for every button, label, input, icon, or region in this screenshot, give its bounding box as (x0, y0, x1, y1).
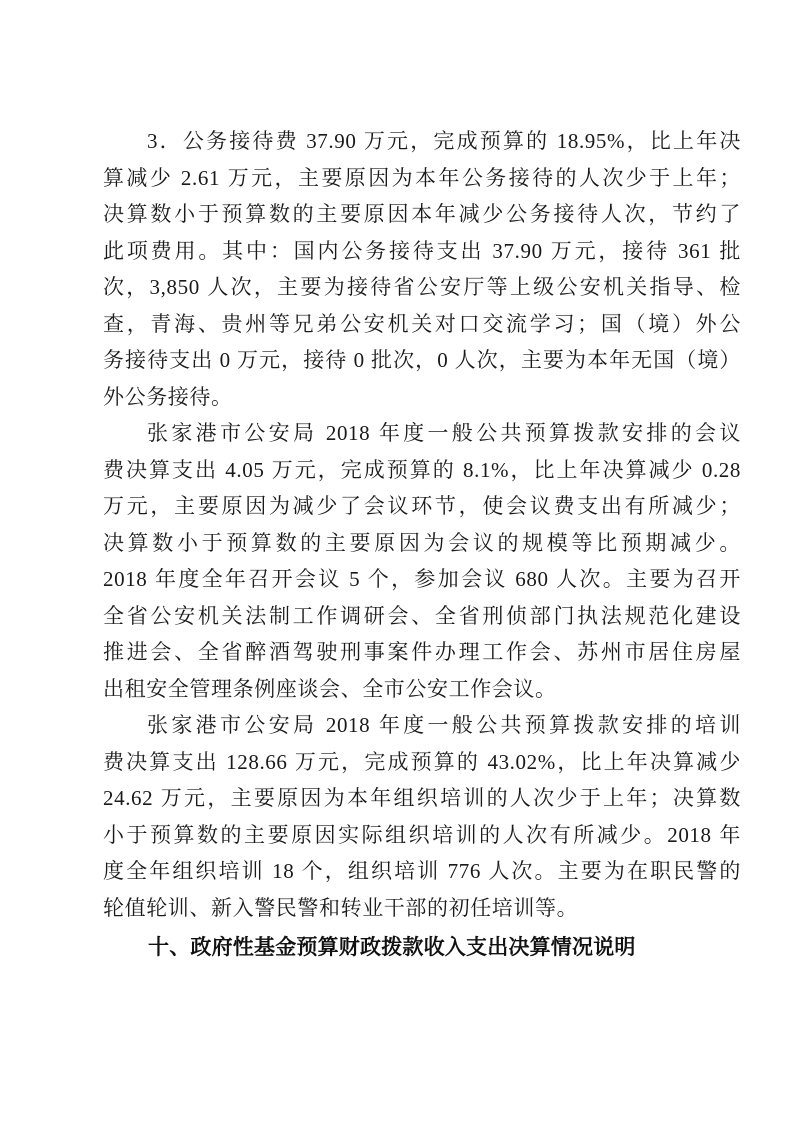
paragraph-conference-expense: 张家港市公安局 2018 年度一般公共预算拨款安排的会议 费决算支出 4.05 … (103, 415, 741, 707)
paragraph-training-expense: 张家港市公安局 2018 年度一般公共预算拨款安排的培训 费决算支出 128.6… (103, 707, 741, 926)
text-line: 24.62 万元，主要原因为本年组织培训的人次少于上年；决算数 (103, 780, 741, 817)
text-line: 查，青海、贵州等兄弟公安机关对口交流学习；国（境）外公 (103, 306, 741, 343)
text-line: 费决算支出 4.05 万元，完成预算的 8.1%，比上年决算减少 0.28 (103, 452, 741, 489)
text-line: 算减少 2.61 万元，主要原因为本年公务接待的人次少于上年； (103, 160, 741, 197)
text-line: 度全年组织培训 18 个，组织培训 776 人次。主要为在职民警的 (103, 853, 741, 890)
text-line: 2018 年度全年召开会议 5 个，参加会议 680 人次。主要为召开 (103, 561, 741, 598)
text-line: 轮值轮训、新入警民警和转业干部的初任培训等。 (103, 890, 741, 927)
document-page: 3．公务接待费 37.90 万元，完成预算的 18.95%，比上年决 算减少 2… (0, 0, 793, 1122)
text-line: 张家港市公安局 2018 年度一般公共预算拨款安排的培训 (103, 707, 741, 744)
text-line: 3．公务接待费 37.90 万元，完成预算的 18.95%，比上年决 (103, 123, 741, 160)
text-line: 费决算支出 128.66 万元，完成预算的 43.02%，比上年决算减少 (103, 744, 741, 781)
text-line: 决算数小于预算数的主要原因为会议的规模等比预期减少。 (103, 525, 741, 562)
text-line: 此项费用。其中：国内公务接待支出 37.90 万元，接待 361 批 (103, 233, 741, 270)
text-line: 务接待支出 0 万元，接待 0 批次，0 人次，主要为本年无国（境） (103, 342, 741, 379)
text-line: 决算数小于预算数的主要原因本年减少公务接待人次，节约了 (103, 196, 741, 233)
section-heading: 十、政府性基金预算财政拨款收入支出决算情况说明 (103, 929, 741, 966)
text-line: 全省公安机关法制工作调研会、全省刑侦部门执法规范化建设 (103, 598, 741, 635)
text-line: 小于预算数的主要原因实际组织培训的人次有所减少。2018 年 (103, 817, 741, 854)
paragraph-official-reception-expense: 3．公务接待费 37.90 万元，完成预算的 18.95%，比上年决 算减少 2… (103, 123, 741, 415)
document-content: 3．公务接待费 37.90 万元，完成预算的 18.95%，比上年决 算减少 2… (103, 123, 741, 966)
text-line: 推进会、全省醉酒驾驶刑事案件办理工作会、苏州市居住房屋 (103, 634, 741, 671)
text-line: 出租安全管理条例座谈会、全市公安工作会议。 (103, 671, 741, 708)
text-line: 外公务接待。 (103, 379, 741, 416)
text-line: 张家港市公安局 2018 年度一般公共预算拨款安排的会议 (103, 415, 741, 452)
text-line: 次，3,850 人次，主要为接待省公安厅等上级公安机关指导、检 (103, 269, 741, 306)
text-line: 万元，主要原因为减少了会议环节，使会议费支出有所减少； (103, 488, 741, 525)
